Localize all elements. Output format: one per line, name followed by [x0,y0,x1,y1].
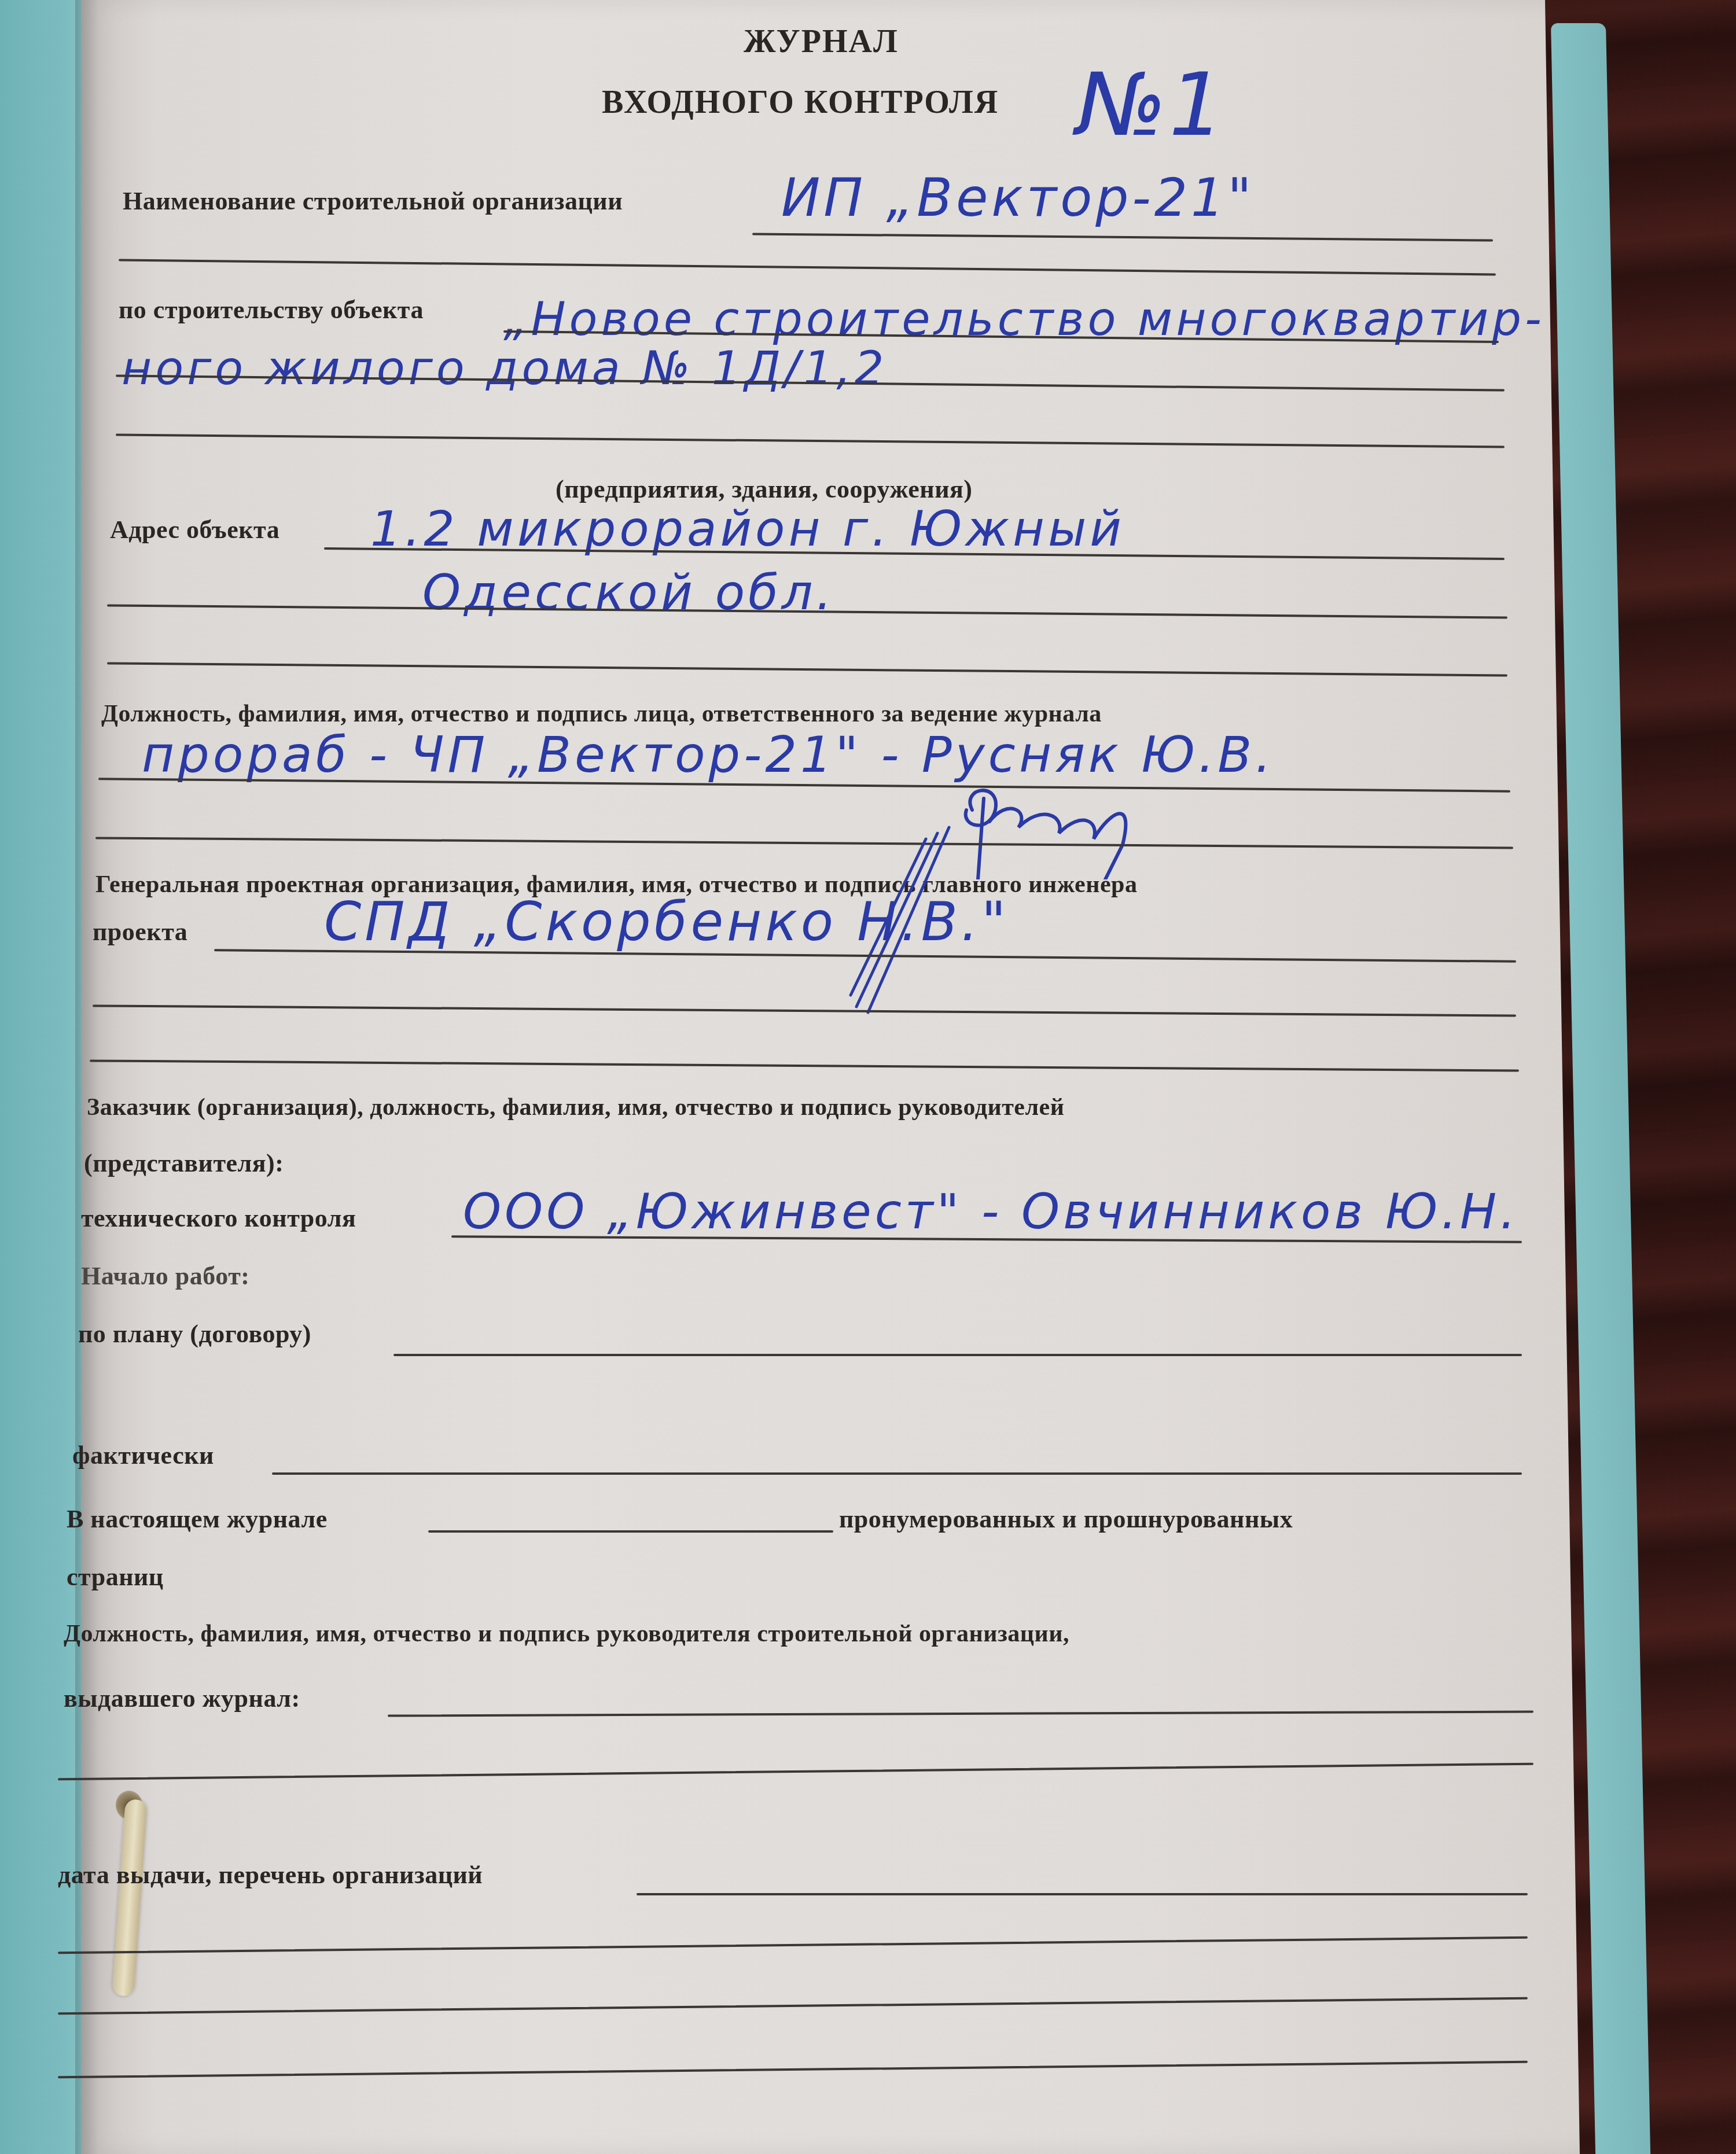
pages-label-after: пронумерованных и прошнурованных [839,1504,1293,1534]
plan-label: по плану (договору) [78,1319,311,1349]
title-line1: ЖУРНАЛ [744,23,899,60]
issuer-label-line2: выдавшего журнал: [64,1684,300,1713]
pages-label-line2: страниц [67,1562,164,1592]
object-label: по строительству объекта [119,295,424,325]
actual-input-line[interactable] [272,1472,1522,1475]
actual-label: фактически [72,1441,214,1470]
object-value-line2[interactable]: ного жилого дома № 1Д/1,2 [122,341,887,395]
journal-number[interactable]: №1 [1076,55,1226,156]
object-caption: (предприятия, здания, сооружения) [556,474,972,504]
customer-label-line1: Заказчик (организация), должность, фамил… [87,1093,1064,1121]
title-line2: ВХОДНОГО КОНТРОЛЯ [602,84,999,121]
customer-label-line3: технического контроля [81,1203,356,1233]
pages-label-before: В настоящем журнале [67,1504,328,1534]
customer-label-line2: (представителя): [84,1148,284,1178]
org-name-value[interactable]: ИП „Вектор-21" [781,168,1255,229]
plan-input-line[interactable] [393,1354,1522,1356]
page-shadow [75,0,98,2154]
start-label: Начало работ: [81,1261,249,1291]
issuer-label-line1: Должность, фамилия, имя, отчество и подп… [64,1620,1069,1648]
responsible-label: Должность, фамилия, имя, отчество и подп… [101,700,1102,728]
pages-input-line[interactable] [428,1530,833,1533]
customer-value[interactable]: ООО „Южинвест" - Овчинников Ю.Н. [463,1183,1519,1240]
address-label: Адрес объекта [110,515,279,544]
issue-date-input-line[interactable] [637,1893,1528,1895]
responsible-signature [949,775,1180,879]
design-org-label-line2: проекта [93,917,187,947]
org-name-label: Наименование строительной организации [123,186,623,216]
design-org-signature [845,822,961,1018]
issue-date-label: дата выдачи, перечень организаций [58,1860,483,1890]
